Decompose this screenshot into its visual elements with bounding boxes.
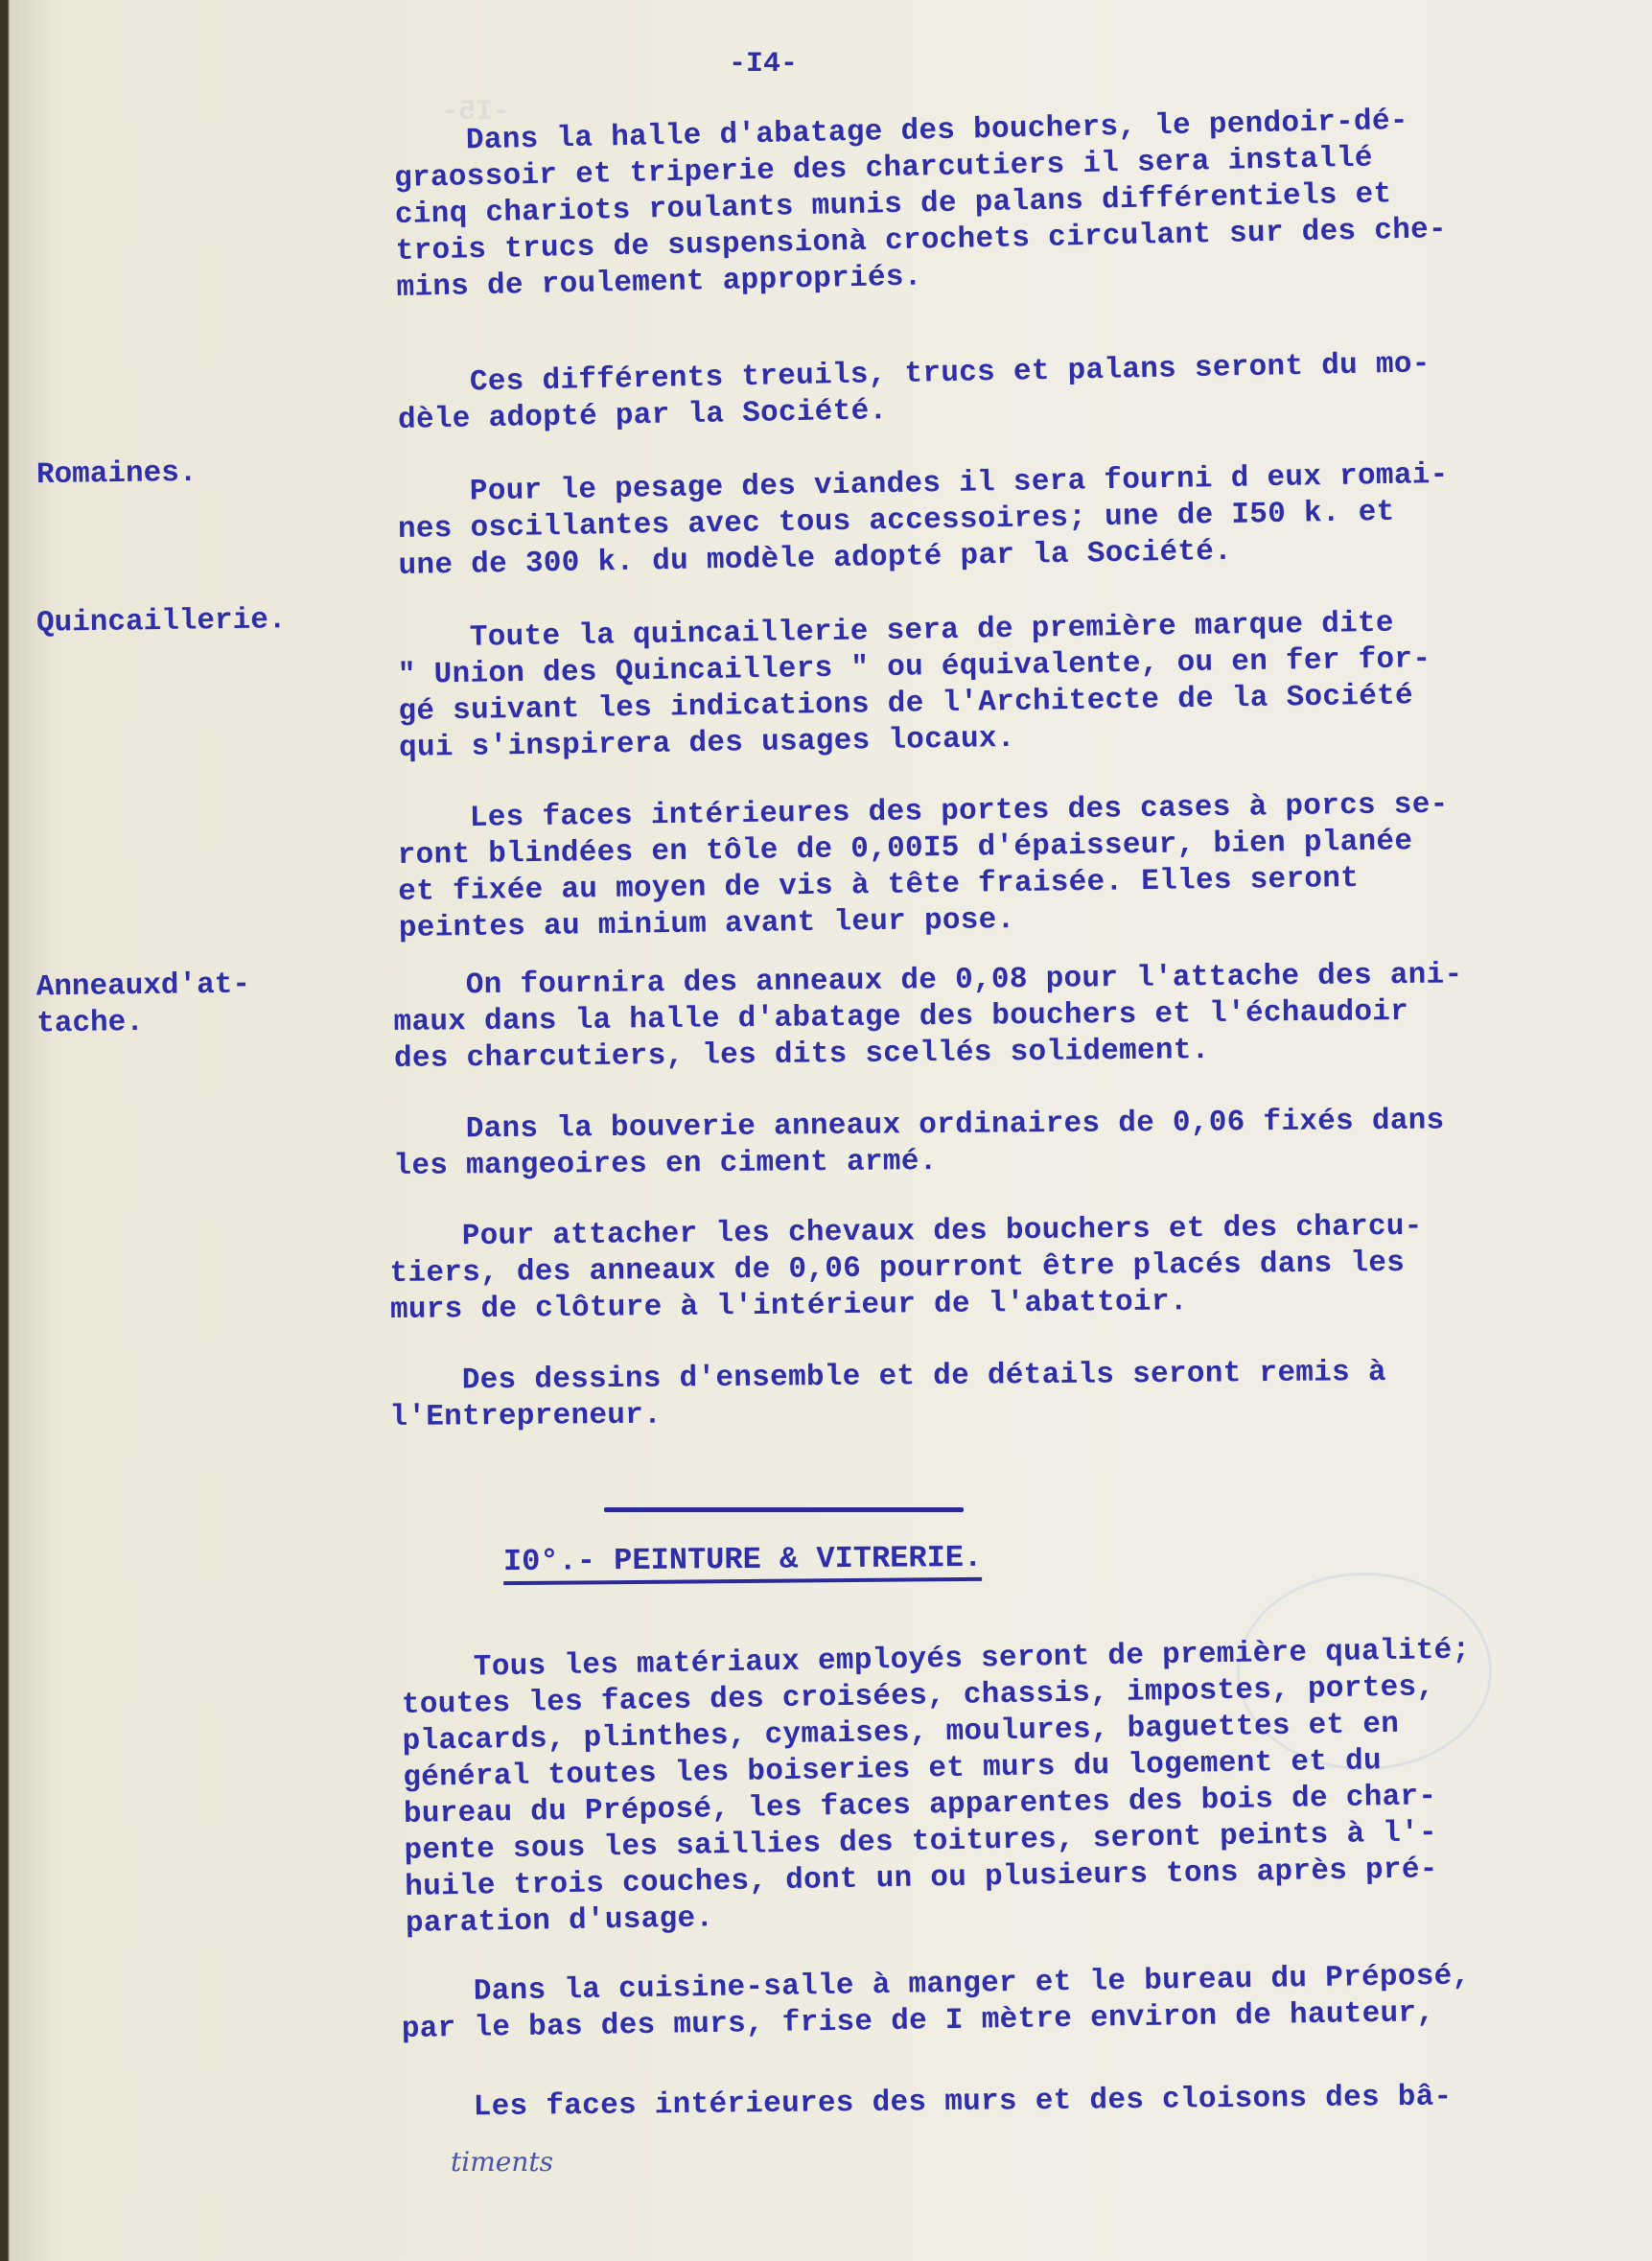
margin-note-anneaux: Anneauxd'at- tache. — [35, 967, 250, 1042]
paragraph-anneaux: On fournira des anneaux de 0,08 pour l'a… — [393, 957, 1463, 1078]
page-number: -I4- — [729, 48, 798, 81]
section-divider — [604, 1507, 964, 1512]
margin-note-romaines: Romaines. — [36, 455, 198, 494]
paragraph-chevaux: Pour attacher les chevaux des bouchers e… — [389, 1209, 1424, 1329]
paragraph-romaines: Pour le pesage des viandes il sera fourn… — [397, 457, 1450, 585]
paragraph-portes-cases: Les faces intérieures des portes des cas… — [397, 787, 1450, 947]
paragraph-quincaillerie: Toute la quincaillerie sera de première … — [397, 605, 1432, 767]
document-page: -I5- -I4- Dans la halle d'abatage des bo… — [0, 0, 1652, 2261]
paragraph-cuisine: Dans la cuisine-salle à manger et le bur… — [401, 1958, 1471, 2048]
paragraph-chariots: Dans la halle d'abatage des bouchers, le… — [393, 103, 1448, 307]
handwritten-note: timents — [451, 2146, 553, 2178]
paragraph-treuils: Ces différents treuils, trucs et palans … — [397, 346, 1431, 439]
paragraph-faces-murs: Les faces intérieures des murs et des cl… — [401, 2080, 1453, 2127]
paragraph-materiaux: Tous les matériaux employés seront de pr… — [401, 1633, 1475, 1943]
paragraph-dessins: Des dessins d'ensemble et de détails ser… — [389, 1355, 1386, 1436]
margin-note-quincaillerie: Quincaillerie. — [36, 602, 287, 642]
section-heading: I0°.- PEINTURE & VITRERIE. — [503, 1540, 983, 1585]
paragraph-bouverie: Dans la bouverie anneaux ordinaires de 0… — [393, 1103, 1445, 1185]
